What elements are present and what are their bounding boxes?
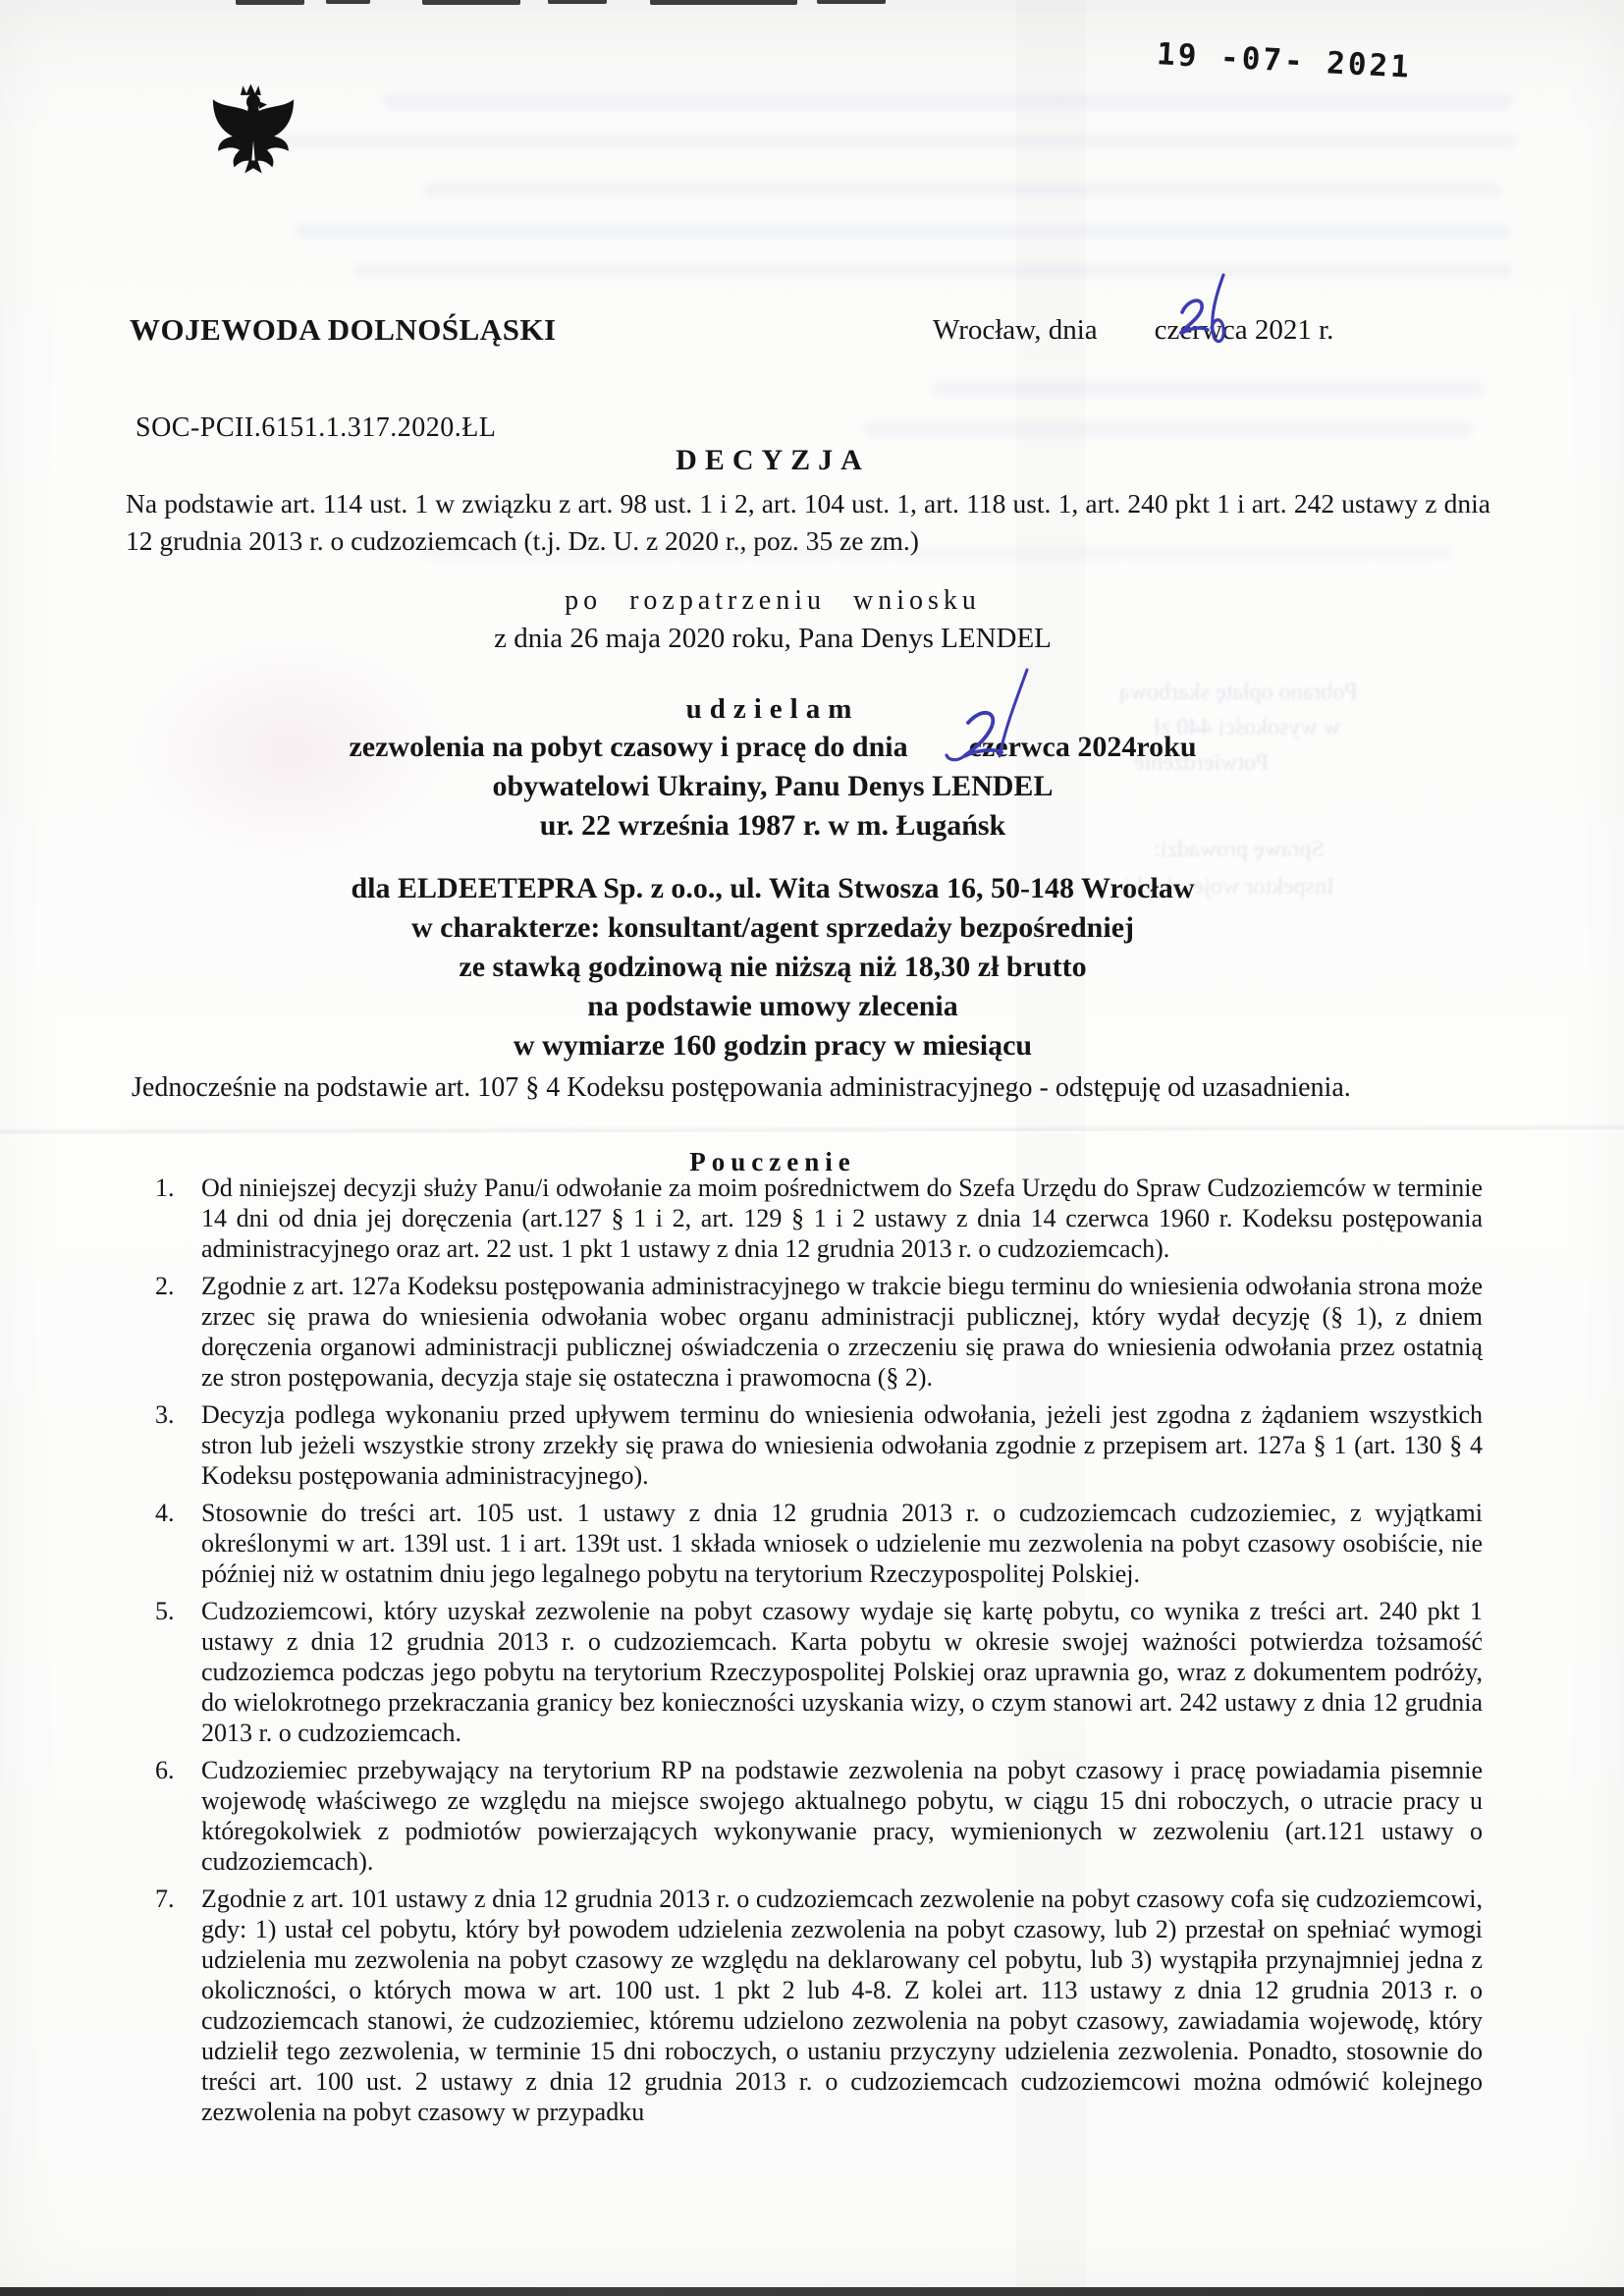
decision-title: DECYZJA [59,444,1487,477]
scan-edge-mark [650,0,797,5]
employer-line-3: ze stawką godzinową nie niższą niż 18,30… [59,951,1487,984]
employer-line-2: w charakterze: konsultant/agent sprzedaż… [59,911,1487,945]
instruction-item: 1. Od niniejszej decyzji służy Panu/i od… [155,1173,1483,1264]
instruction-item: 7. Zgodnie z art. 101 ustawy z dnia 12 g… [155,1884,1483,2127]
bleedthrough-line [864,422,1473,437]
instruction-item: 6. Cudzoziemiec przebywający na terytori… [155,1755,1483,1877]
employer-line-5: w wymiarze 160 godzin pracy w miesiącu [59,1029,1487,1063]
paper-crease [0,1123,1624,1139]
bleedthrough-line [933,381,1483,396]
employer-line-4: na podstawie umowy zlecenia [59,990,1487,1023]
instruction-number: 2. [155,1271,201,1393]
instruction-text: Cudzoziemiec przebywający na terytorium … [201,1755,1483,1877]
scan-bottom-edge [0,2287,1624,2296]
instruction-text: Zgodnie z art. 101 ustawy z dnia 12 grud… [201,1884,1483,2127]
instruction-number: 1. [155,1173,201,1264]
grant-heading: udzielam [59,693,1487,726]
bleedthrough-line [422,183,1502,197]
coat-of-arms-eagle-icon [206,81,300,177]
instruction-number: 6. [155,1755,201,1877]
instruction-item: 3. Decyzja podlega wykonaniu przed upływ… [155,1399,1483,1491]
authority-name: WOJEWODA DOLNOŚLĄSKI [130,312,557,348]
scan-edge-mark [326,0,370,4]
grant-line-1-suffix: czerwca 2024roku [969,731,1197,763]
consideration-line-1: po rozpatrzeniu wniosku [59,585,1487,617]
scan-edge-mark [422,0,520,5]
grant-line-2: obywatelowi Ukrainy, Panu Denys LENDEL [59,770,1487,803]
instruction-item: 4. Stosownie do treści art. 105 ust. 1 u… [155,1498,1483,1589]
instruction-text: Zgodnie z art. 127a Kodeksu postępowania… [201,1271,1483,1393]
grant-line-1: zezwolenia na pobyt czasowy i pracę do d… [59,731,1487,764]
instruction-text: Cudzoziemcowi, który uzyskał zezwolenie … [201,1596,1483,1748]
instruction-text: Decyzja podlega wykonaniu przed upływem … [201,1399,1483,1491]
instruction-number: 5. [155,1596,201,1748]
instruction-item: 2. Zgodnie z art. 127a Kodeksu postępowa… [155,1271,1483,1393]
date-received-stamp: 19 -07- 2021 [1156,36,1412,85]
instruction-list: 1. Od niniejszej decyzji służy Panu/i od… [155,1173,1483,2134]
scanned-decision-document: Pobrano opłatę skarbową w wysokości 440 … [0,0,1624,2296]
bleedthrough-line [353,263,1512,278]
bleedthrough-line [250,134,1517,148]
case-number: SOC-PCII.6151.1.317.2020.ŁL [135,412,496,444]
instruction-number: 3. [155,1399,201,1491]
place-date-prefix: Wrocław, dnia [933,314,1098,346]
instruction-item: 5. Cudzoziemcowi, który uzyskał zezwolen… [155,1596,1483,1748]
scan-edge-mark [548,0,607,4]
bleedthrough-line [295,224,1512,239]
grant-line-3: ur. 22 września 1987 r. w m. Ługańsk [59,809,1487,843]
bleedthrough-line [383,94,1512,109]
employer-line-1: dla ELDEETEPRA Sp. z o.o., ul. Wita Stwo… [59,872,1487,905]
scan-edge-mark [236,0,304,5]
grant-line-1-prefix: zezwolenia na pobyt czasowy i pracę do d… [349,731,907,763]
justification-waiver: Jednocześnie na podstawie art. 107 § 4 K… [132,1072,1498,1104]
scan-edge-mark [817,0,886,4]
legal-basis-paragraph: Na podstawie art. 114 ust. 1 w związku z… [126,485,1490,560]
consideration-line-2: z dnia 26 maja 2020 roku, Pana Denys LEN… [59,623,1487,655]
place-date-suffix: czerwca 2021 r. [1155,314,1334,346]
issue-place-date: Wrocław, dniaczerwca 2021 r. [933,314,1333,347]
instruction-text: Stosownie do treści art. 105 ust. 1 usta… [201,1498,1483,1589]
instruction-number: 7. [155,1884,201,2127]
instruction-text: Od niniejszej decyzji służy Panu/i odwoł… [201,1173,1483,1264]
instruction-number: 4. [155,1498,201,1589]
